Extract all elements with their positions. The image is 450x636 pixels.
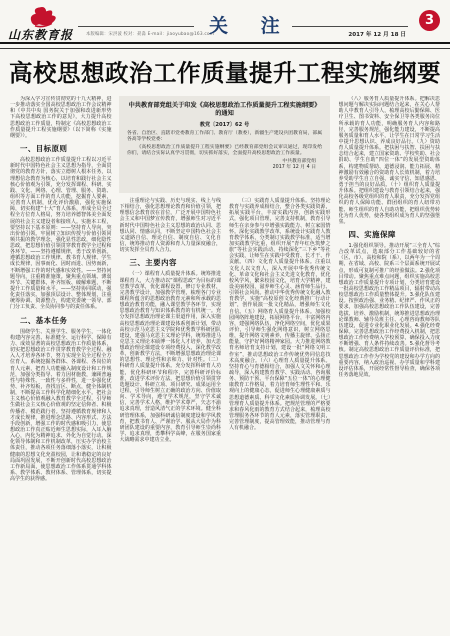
section-banner-title: 关 注	[196, 11, 290, 38]
banner-rule-left	[78, 26, 194, 27]
issue-date: 2017 年 12 月 18 日	[348, 30, 406, 38]
article-intro: 为深入学习宣传贯彻党的十九大精神，进一步推动落实全国高校思想政治工作会议精神和《…	[10, 96, 112, 139]
editor-credit-line: 本版编辑：宋洪波 校对：聂淼 E-mail：jiaoyubao@163.com	[86, 31, 214, 37]
article-headline: 高校思想政治工作质量提升工程实施纲要	[6, 54, 444, 88]
newspaper-page: 山东教育报 本版编辑：宋洪波 校对：聂淼 E-mail：jiaoyubao@16…	[0, 0, 450, 636]
section-3-heading: 三、主要内容	[120, 258, 222, 267]
column-2: 注重理论与实践、历史与现实、线上与线下相结合，强化思想理论教育和价值引领，把理想…	[120, 96, 222, 629]
notice-box-spacer	[229, 96, 331, 198]
page-number-badge: 3	[419, 10, 440, 31]
section-2-body: 围绕学生、关照学生、服务学生，一体化构建内容完善、标准健全、运行科学、保障有力、…	[10, 329, 112, 483]
column-3: （三）实践育人质量提升体系。坚持理论教育与实践养成相结合，整合各类实践资源，拓展…	[229, 96, 331, 629]
header-divider	[0, 42, 450, 49]
page-header: 山东教育报 本版编辑：宋洪波 校对：聂淼 E-mail：jiaoyubao@16…	[0, 0, 450, 42]
section-2-continued: 注重理论与实践、历史与现实、线上与线下相结合，强化思想理论教育和价值引领，把理想…	[120, 198, 222, 253]
section-2-heading: 二、基本任务	[10, 316, 112, 325]
section-3-continued: （三）实践育人质量提升体系。坚持理论教育与实践养成相结合，整合各类实践资源，拓展…	[229, 198, 331, 431]
paper-name: 山东教育报	[8, 26, 98, 43]
section-4-body: 1.强化组织领导。推动开展“三全育人”综合改革试点，选取部分工作基础较好的省（区…	[339, 243, 441, 378]
section-3-continued-2: （八）服务育人质量提升体系。把解决思想问题与解决实际问题结合起来，在关心人帮助人…	[339, 96, 441, 225]
column-4: （八）服务育人质量提升体系。把解决思想问题与解决实际问题结合起来，在关心人帮助人…	[339, 96, 441, 629]
notice-box-spacer	[120, 96, 222, 198]
column-1: 为深入学习宣传贯彻党的十九大精神，进一步推动落实全国高校思想政治工作会议精神和《…	[10, 96, 112, 629]
banner-rule-right	[292, 26, 408, 27]
section-3-body: （一）课程育人质量提升体系。统筹推进课程育人，大力推动以“课程思政”为目标的课堂…	[120, 271, 222, 443]
article-columns: 为深入学习宣传贯彻党的十九大精神，进一步推动落实全国高校思想政治工作会议精神和《…	[10, 96, 440, 629]
section-1-heading: 一、目标原则	[10, 144, 112, 153]
section-1-body: 高校思想政治工作质量提升工程以习近平新时代中国特色社会主义思想为指导，全面贯彻党…	[10, 157, 112, 311]
section-4-heading: 四、实施保障	[339, 230, 441, 239]
